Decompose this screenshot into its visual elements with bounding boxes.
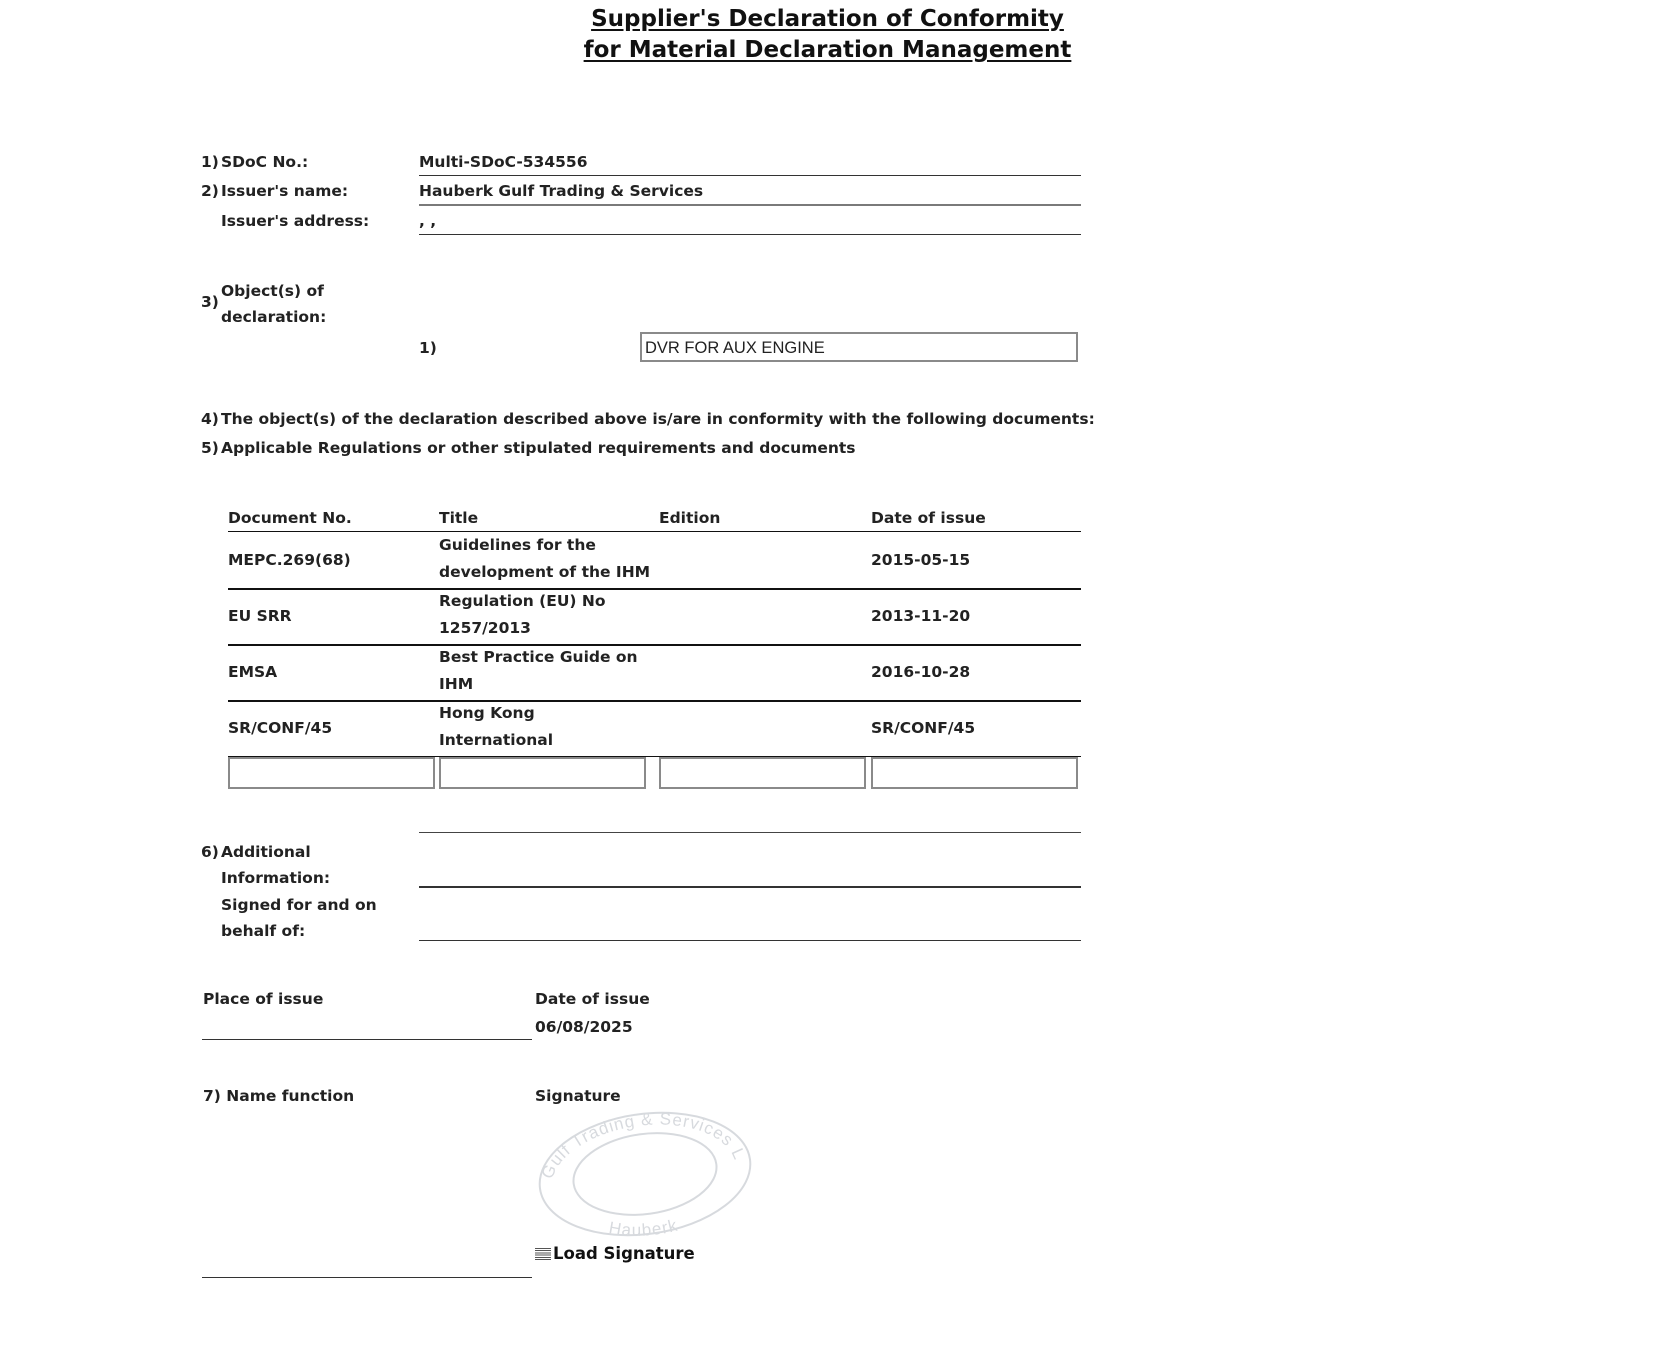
header-title: Title xyxy=(439,505,478,531)
objects-index: 3) xyxy=(201,293,219,311)
issuer-name-label: Issuer's name: xyxy=(221,178,348,204)
company-stamp-image: Gulf Trading & Services LLC. Hauberk xyxy=(534,1108,756,1238)
new-date-input[interactable] xyxy=(871,757,1078,789)
issuer-name-index: 2) xyxy=(201,182,219,200)
statement-4-index: 4) xyxy=(201,410,219,428)
additional-label-line-1: Additional xyxy=(221,839,311,865)
place-of-issue-label: Place of issue xyxy=(203,986,323,1012)
additional-info-top-line xyxy=(419,832,1081,833)
issuer-name-value[interactable]: Hauberk Gulf Trading & Services xyxy=(419,178,1081,204)
cell-title-line-1: Regulation (EU) No xyxy=(439,588,654,615)
date-of-issue-label: Date of issue xyxy=(535,986,650,1012)
cell-date: 2015-05-15 xyxy=(871,532,970,588)
issuer-address-value[interactable]: , , xyxy=(419,208,1081,234)
svg-text:Hauberk: Hauberk xyxy=(607,1216,679,1238)
sdoc-number-index: 1) xyxy=(201,153,219,171)
name-function-value[interactable] xyxy=(203,1250,531,1276)
table-row: SR/CONF/45 Hong Kong International Conve… xyxy=(228,700,1081,756)
new-title-input[interactable] xyxy=(439,757,646,789)
header-date-of-issue: Date of issue xyxy=(871,505,986,531)
signature-label: Signature xyxy=(535,1083,621,1109)
signed-on-behalf-value[interactable] xyxy=(419,911,1081,937)
cell-document-no: EU SRR xyxy=(228,588,292,644)
header-edition: Edition xyxy=(659,505,720,531)
new-edition-input[interactable] xyxy=(659,757,866,789)
additional-info-value[interactable] xyxy=(419,856,1081,882)
date-of-issue-value: 06/08/2025 xyxy=(535,1014,633,1040)
place-of-issue-underline xyxy=(202,1039,532,1040)
sdoc-number-value[interactable]: Multi-SDoC-534556 xyxy=(419,149,1081,175)
statement-4-text: The object(s) of the declaration describ… xyxy=(221,406,1095,432)
cell-title-line-1: Guidelines for the xyxy=(439,532,654,559)
cell-date: 2016-10-28 xyxy=(871,644,970,700)
additional-label-line-2: Information: xyxy=(221,865,330,891)
page-title: Supplier's Declaration of Conformity for… xyxy=(0,4,1655,66)
cell-document-no: SR/CONF/45 xyxy=(228,700,332,756)
table-row: EU SRR Regulation (EU) No 1257/2013 2013… xyxy=(228,588,1081,644)
additional-info-underline xyxy=(419,886,1081,888)
additional-index: 6) xyxy=(201,843,219,861)
cell-title: Guidelines for the development of the IH… xyxy=(439,532,654,586)
signed-on-behalf-underline xyxy=(419,940,1081,941)
load-signature-label: Load Signature xyxy=(553,1244,695,1263)
statement-5-text: Applicable Regulations or other stipulat… xyxy=(221,435,856,461)
title-line-2: for Material Declaration Management xyxy=(0,35,1655,66)
sdoc-number-underline xyxy=(419,175,1081,176)
stamp-text-bottom: Hauberk xyxy=(607,1216,679,1238)
load-signature-button[interactable]: Load Signature xyxy=(535,1244,695,1263)
objects-label-line-1: Object(s) of xyxy=(221,278,324,304)
header-document-no: Document No. xyxy=(228,505,352,531)
cell-document-no: MEPC.269(68) xyxy=(228,532,351,588)
cell-title-line-2: 1257/2013 xyxy=(439,615,654,642)
cell-date: SR/CONF/45 xyxy=(871,700,975,756)
cell-date: 2013-11-20 xyxy=(871,588,970,644)
cell-title-line-1: Hong Kong International xyxy=(439,700,654,754)
title-line-1: Supplier's Declaration of Conformity xyxy=(0,4,1655,35)
cell-title: Best Practice Guide on IHM xyxy=(439,644,654,698)
table-row: MEPC.269(68) Guidelines for the developm… xyxy=(228,532,1081,588)
name-function-label: 7) Name function xyxy=(203,1083,354,1109)
signed-on-behalf-label-line-1: Signed for and on xyxy=(221,892,377,918)
issuer-address-label: Issuer's address: xyxy=(221,208,369,234)
cell-title-line-1: Best Practice Guide on xyxy=(439,644,654,671)
sdoc-number-label: SDoC No.: xyxy=(221,149,308,175)
object-item-index: 1) xyxy=(419,339,437,357)
name-function-underline xyxy=(202,1277,532,1278)
signed-on-behalf-label-line-2: behalf of: xyxy=(221,918,305,944)
objects-label-line-2: declaration: xyxy=(221,304,326,330)
table-row: EMSA Best Practice Guide on IHM 2016-10-… xyxy=(228,644,1081,700)
cell-document-no: EMSA xyxy=(228,644,277,700)
new-document-no-input[interactable] xyxy=(228,757,435,789)
object-item-input[interactable]: DVR FOR AUX ENGINE xyxy=(640,332,1078,362)
issuer-address-underline xyxy=(419,234,1081,235)
cell-title-line-2: IHM xyxy=(439,671,654,698)
list-icon xyxy=(535,1248,551,1260)
place-of-issue-value[interactable] xyxy=(203,1012,531,1038)
statement-5-index: 5) xyxy=(201,439,219,457)
cell-title-line-2: development of the IHM xyxy=(439,559,654,586)
cell-title: Regulation (EU) No 1257/2013 xyxy=(439,588,654,642)
issuer-name-underline xyxy=(419,204,1081,206)
